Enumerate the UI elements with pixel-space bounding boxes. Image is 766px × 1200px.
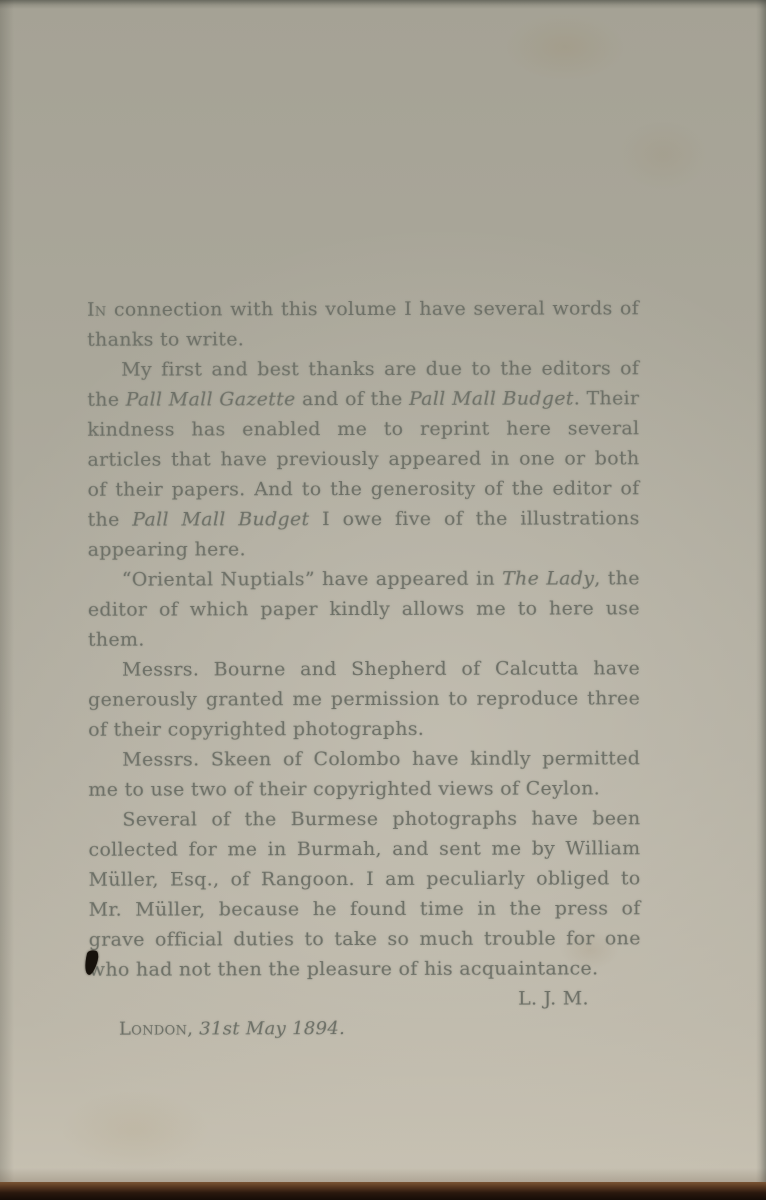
preface-text: In connection with this volume I have se…	[87, 293, 641, 1044]
paragraph-text: Messrs. Bourne and Shepherd of Calcutta …	[88, 657, 640, 740]
dateline-place: London,	[119, 1018, 193, 1039]
book-page-photo: In connection with this volume I have se…	[0, 0, 766, 1200]
paragraph-pall-mall-thanks: My first and best thanks are due to the …	[87, 353, 640, 564]
paragraph-text: “Oriental Nuptials” have appeared in	[122, 568, 502, 591]
paragraph-oriental-nuptials: “Oriental Nuptials” have appeared in The…	[88, 563, 640, 654]
journal-title: Pall Mall Budget	[132, 508, 309, 530]
page-edge-top	[0, 0, 766, 9]
dateline: London, 31st May 1894.	[89, 1013, 641, 1044]
journal-title: Pall Mall Gazette	[126, 388, 296, 410]
paragraph-text: and of the	[296, 388, 409, 410]
signature-initials: L. J. M.	[89, 983, 641, 1014]
paragraph-text: Messrs. Skeen of Colombo have kindly per…	[88, 747, 640, 800]
journal-title: Pall Mall Budget	[409, 387, 574, 409]
paragraph-skeen-colombo: Messrs. Skeen of Colombo have kindly per…	[88, 743, 640, 804]
binding-shadow	[0, 1168, 766, 1182]
paragraph-text: connection with this volume I have sever…	[87, 297, 639, 350]
page-edge-right	[756, 0, 766, 1200]
paragraph-opening: In connection with this volume I have se…	[87, 293, 639, 354]
dateline-date: 31st May 1894.	[193, 1018, 345, 1039]
journal-title: The Lady	[502, 567, 594, 589]
opening-small-caps: In	[87, 299, 107, 321]
paragraph-text: Several of the Burmese photographs have …	[88, 807, 640, 980]
paragraph-burmese-photographs: Several of the Burmese photographs have …	[88, 803, 640, 984]
book-binding-edge	[0, 1182, 766, 1200]
page-edge-left	[0, 0, 14, 1200]
paragraph-bourne-shepherd: Messrs. Bourne and Shepherd of Calcutta …	[88, 653, 640, 744]
